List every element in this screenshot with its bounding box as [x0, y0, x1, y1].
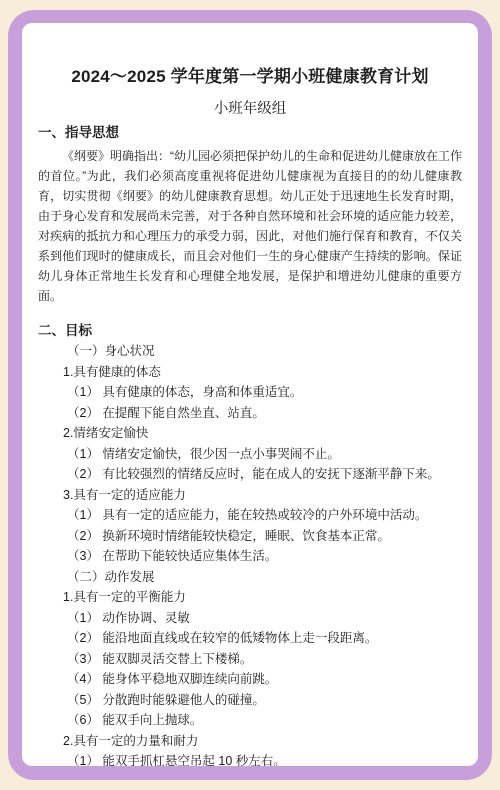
goal-list-item: 2.情绪安定愉快 [63, 423, 462, 444]
goal-list-item: 3.具有一定的适应能力 [63, 485, 462, 506]
goal-list-item: （3） 在帮助下能较快适应集体生活。 [67, 546, 462, 567]
goal-list-item: （1） 动作协调、灵敏 [67, 608, 462, 629]
goal-list-item: （2） 有比较强烈的情绪反应时，能在成人的安抚下逐渐平静下来。 [67, 464, 462, 485]
goal-list-item: （1） 能双手抓杠悬空吊起 10 秒左右。 [67, 751, 462, 766]
goal-list-item: 1.具有一定的平衡能力 [63, 587, 462, 608]
goal-list-item: （4） 能身体平稳地双脚连续向前跳。 [67, 669, 462, 690]
goal-list-item: （1） 具有健康的体态，身高和体重适宜。 [67, 382, 462, 403]
goal-list-item: 1.具有健康的体态 [63, 362, 462, 383]
section-heading-goals: 二、目标 [38, 321, 462, 342]
goal-list-item: （二）动作发展 [67, 567, 462, 588]
goals-list: （一）身心状况1.具有健康的体态（1） 具有健康的体态，身高和体重适宜。（2） … [38, 341, 462, 766]
goal-list-item: （5） 分散跑时能躲避他人的碰撞。 [67, 690, 462, 711]
goal-list-item: （3） 能双脚灵活交替上下楼梯。 [67, 649, 462, 670]
section-heading-guiding-thought: 一、指导思想 [38, 123, 462, 144]
goal-list-item: （6） 能双手向上抛球。 [67, 710, 462, 731]
goal-list-item: 2.具有一定的力量和耐力 [63, 731, 462, 752]
goal-list-item: （2） 能沿地面直线或在较窄的低矮物体上走一段距离。 [67, 628, 462, 649]
guiding-thought-paragraph: 《纲要》明确指出：“幼儿园必须把保护幼儿的生命和促进幼儿健康放在工作的首位。”为… [38, 146, 462, 306]
document-frame: 2024～2025 学年度第一学期小班健康教育计划 小班年级组 一、指导思想 《… [8, 10, 492, 780]
document-subtitle: 小班年级组 [38, 98, 462, 120]
document-title: 2024～2025 学年度第一学期小班健康教育计划 [38, 65, 462, 89]
goal-list-item: （1） 情绪安定愉快，很少因一点小事哭闹不止。 [67, 444, 462, 465]
goal-list-item: （2） 换新环境时情绪能较快稳定，睡眠、饮食基本正常。 [67, 526, 462, 547]
document-page: 2024～2025 学年度第一学期小班健康教育计划 小班年级组 一、指导思想 《… [22, 23, 478, 766]
goal-list-item: （1） 具有一定的适应能力，能在较热或较冷的户外环境中活动。 [67, 505, 462, 526]
goal-list-item: （一）身心状况 [67, 341, 462, 362]
goal-list-item: （2） 在提醒下能自然坐直、站直。 [67, 403, 462, 424]
